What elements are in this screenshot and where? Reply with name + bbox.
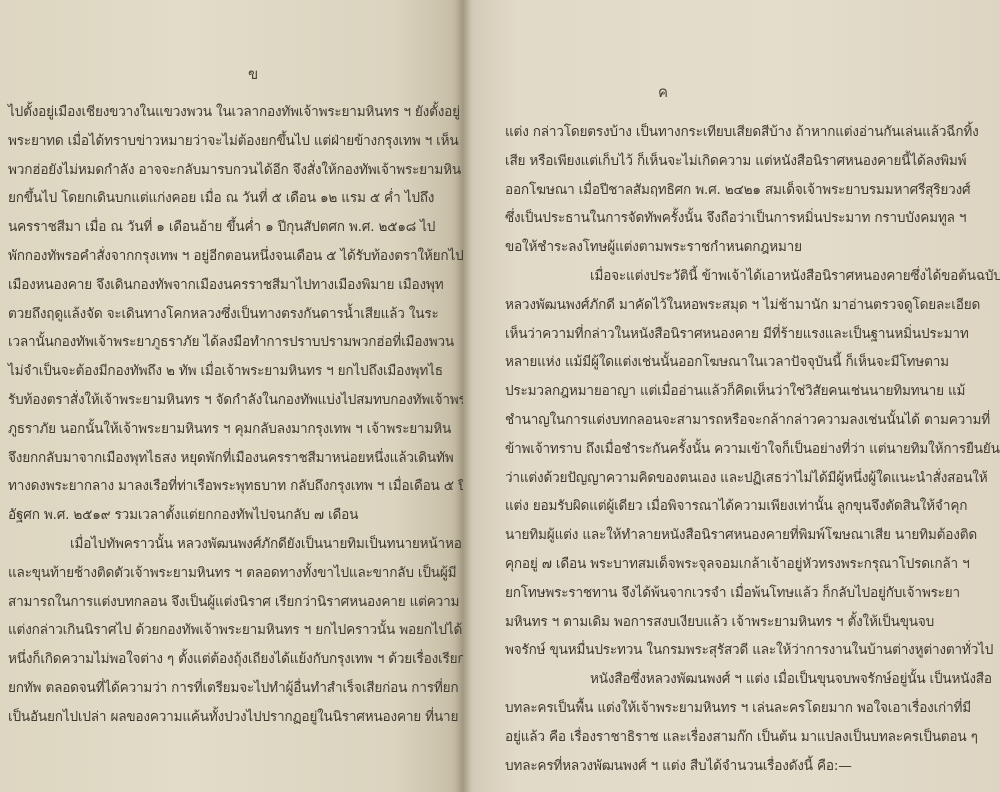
text-line: อยู่แล้ว คือ เรื่องราชาธิราช และเรื่องสา…	[505, 723, 975, 752]
page-number: ค	[658, 80, 668, 104]
page-number: ข	[248, 62, 258, 86]
text-line: ออกโฆษณา เมื่อปีชาลสัมฤทธิศก พ.ศ. ๒๔๒๑ ส…	[505, 176, 975, 205]
text-line: พักกองทัพรอคำสั่งจากกรุงเทพ ฯ อยู่อีกตอน…	[8, 242, 463, 271]
text-line: แต่งกล่าวเกินนิราศไป ด้วยกองทัพเจ้าพระยา…	[8, 616, 463, 645]
text-line: เป็นอันยกไปเปล่า ผลของความแค้นทั้งปวงไปป…	[8, 703, 463, 732]
text-line: เมื่อไปทัพคราวนั้น หลวงพัฒนพงศ์ภักดียังเ…	[8, 530, 463, 559]
text-line: แต่ง กล่าวโดยตรงบ้าง เป็นทางกระเทียบเสีย…	[505, 118, 975, 147]
text-line: มหินทร ฯ ตามเดิม พอการสงบเงียบแล้ว เจ้าพ…	[505, 608, 975, 637]
text-line: พระยาทด เมื่อได้ทราบข่าวหมายว่าจะไม่ต้อง…	[8, 127, 463, 156]
text-line: นครราชสีมา เมื่อ ณ วันที่ ๑ เดือนอ้าย ขึ…	[8, 213, 463, 242]
text-line: ไปตั้งอยู่เมืองเชียงขวางในแขวงพวน ในเวลา…	[8, 98, 463, 127]
text-line: ตวยถึงฤดูแล้งจัด จะเดินทางโคกหลวงซึ่งเป็…	[8, 300, 463, 329]
text-line: สามารถในการแต่งบทกลอน จึงเป็นผู้แต่งนิรา…	[8, 588, 463, 617]
text-line: ทางดงพระยากลาง มาลงเรือที่ท่าเรือพระพุทธ…	[8, 472, 463, 501]
text-line: พจรักษ์ ขุนหมื่นประทวน ในกรมพระสุรัสวดี …	[505, 636, 975, 665]
text-line: พวกฮ่อยังไม่หมดกำลัง อาจจะกลับมารบกวนได้…	[8, 156, 463, 185]
text-line: ว่าแต่งด้วยปัญญาความคิดของตนเอง และปฏิเส…	[505, 464, 975, 493]
text-line: บทละครเป็นพื้น แต่งให้เจ้าพระยามหินทร ฯ …	[505, 694, 975, 723]
text-line: และขุนท้ายช้างติดตัวเจ้าพระยามหินทร ฯ ตล…	[8, 559, 463, 588]
text-line: หลวงพัฒนพงศ์ภักดี มาคัดไว้ในหอพระสมุด ฯ …	[505, 291, 975, 320]
text-line: ยกขึ้นไป โดยกเดินบกแต่แก่งคอย เมื่อ ณ วั…	[8, 184, 463, 213]
text-line: เมืองหนองคาย จึงเดินกองทัพจากเมืองนครราช…	[8, 271, 463, 300]
text-line: เวลานั้นกองทัพเจ้าพระยาภูธราภัย ได้ลงมือ…	[8, 328, 463, 357]
body-text: ไปตั้งอยู่เมืองเชียงขวางในแขวงพวน ในเวลา…	[8, 98, 463, 732]
text-line: ขอให้ชำระลงโทษผู้แต่งตามพระราชกำหนดกฎหมา…	[505, 233, 975, 262]
text-line: ประมวลกฎหมายอาญา แต่เมื่ออ่านแล้วก็คิดเห…	[505, 377, 975, 406]
text-line: เสีย หรือเพียงแต่เก็บไว้ ก็เห็นจะไม่เกิด…	[505, 147, 975, 176]
text-line: นายทิมผู้แต่ง และให้ทำลายหนังสือนิราศหนอ…	[505, 521, 975, 550]
text-line: คุกอยู่ ๗ เดือน พระบาทสมเด็จพระจุลจอมเกล…	[505, 550, 975, 579]
text-line: ยกทัพ ตลอดจนที่ได้ความว่า การที่เตรียมจะ…	[8, 674, 463, 703]
text-line: จึงยกกลับมาจากเมืองพุทไธสง หยุดพักที่เมื…	[8, 444, 463, 473]
text-line: ซึ่งเป็นประธานในการจัดทัพครั้งนั้น จึงถื…	[505, 204, 975, 233]
text-line: ภูธราภัย นอกนั้นให้เจ้าพระยามหินทร ฯ คุม…	[8, 415, 463, 444]
left-page: ข ไปตั้งอยู่เมืองเชียงขวางในแขวงพวน ในเว…	[0, 0, 463, 792]
text-line: เมื่อจะแต่งประวัตินี้ ข้าพเจ้าได้เอาหนัง…	[505, 262, 975, 291]
text-line: อัฐศก พ.ศ. ๒๕๑๙ รวมเวลาตั้งแต่ยกกองทัพไป…	[8, 501, 463, 530]
text-line: หลายแห่ง แม้มีผู้ใดแต่งเช่นนั้นออกโฆษณาใ…	[505, 348, 975, 377]
body-text: แต่ง กล่าวโดยตรงบ้าง เป็นทางกระเทียบเสีย…	[505, 118, 975, 780]
text-line: ไม่จำเป็นจะต้องมีกองทัพถึง ๒ ทัพ เมื่อเจ…	[8, 357, 463, 386]
text-line: ยกโทษพระราชทาน จึงได้พ้นจากเวรจำ เมื่อพ้…	[505, 579, 975, 608]
text-line: หนังสือซึ่งหลวงพัฒนพงศ์ ฯ แต่ง เมื่อเป็น…	[505, 665, 975, 694]
text-line: หนึ่งก็เกิดความไม่พอใจต่าง ๆ ตั้งแต่ต้อง…	[8, 645, 463, 674]
text-line: ข้าพเจ้าทราบ ถึงเมื่อชำระกันครั้งนั้น คว…	[505, 435, 975, 464]
right-page: ค แต่ง กล่าวโดยตรงบ้าง เป็นทางกระเทียบเส…	[463, 0, 1000, 792]
text-line: บทละครที่หลวงพัฒนพงศ์ ฯ แต่ง สืบได้จำนวน…	[505, 752, 975, 781]
text-line: รับท้องตราสั่งให้เจ้าพระยามหินทร ฯ จัดกำ…	[8, 386, 463, 415]
text-line: ชำนาญในการแต่งบทกลอนจะสามารถหรือจะกล้ากล…	[505, 406, 975, 435]
text-line: แต่ง ยอมรับผิดแต่ผู้เดียว เมื่อพิจารณาได…	[505, 492, 975, 521]
text-line: เห็นว่าความที่กล่าวในหนังสือนิราศหนองคาย…	[505, 320, 975, 349]
